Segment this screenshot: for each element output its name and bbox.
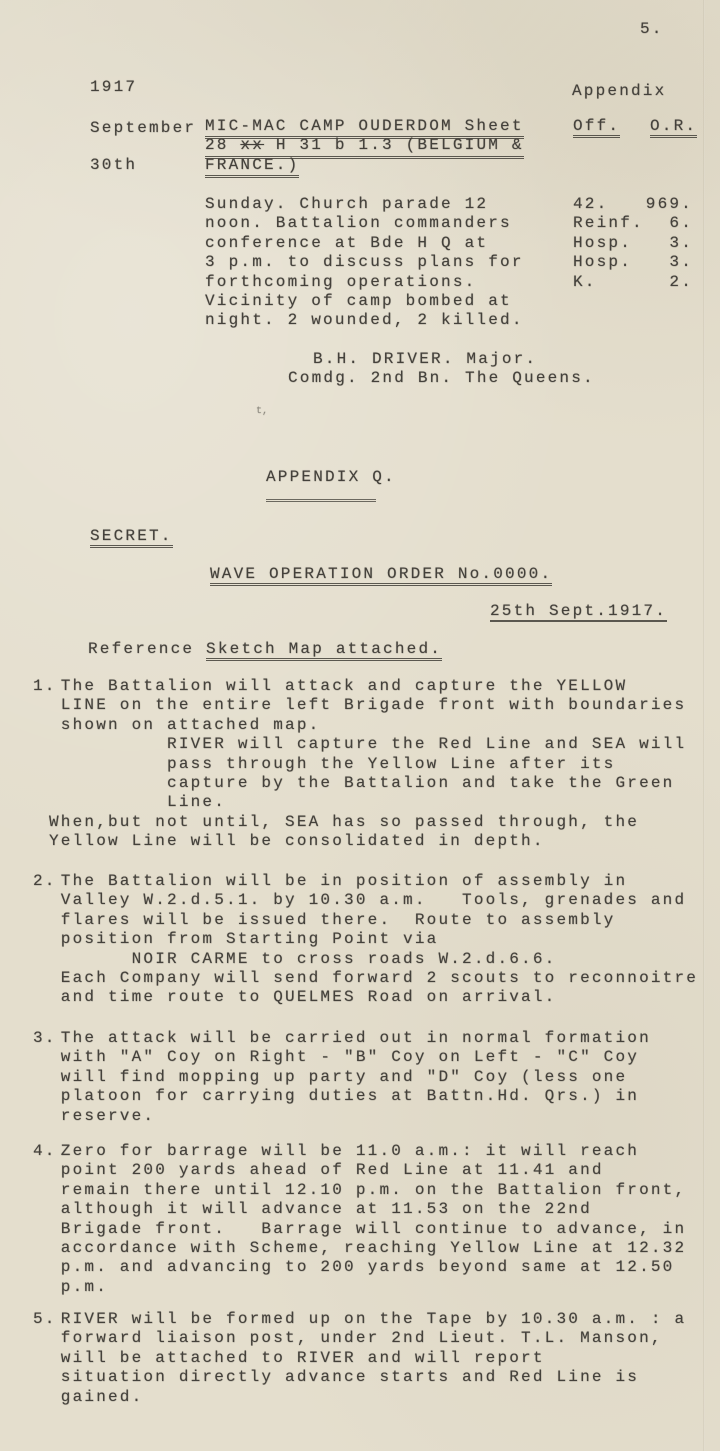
stat-label: Hosp.: [573, 234, 632, 253]
location-heading-line1: MIC-MAC CAMP OUDERDOM Sheet: [205, 117, 524, 136]
paragraph-text: RIVER will be formed up on the Tape by 1…: [49, 1310, 686, 1407]
signature-title: Comdg. 2nd Bn. The Queens.: [288, 369, 595, 388]
casualty-strength-table: 42.969. Reinf.6. Hosp.3. Hosp.3. K.2.: [573, 195, 693, 292]
stat-value: 969.: [646, 195, 693, 214]
stat-label: 42.: [573, 195, 608, 214]
paragraph-text: The Battalion will attack and capture th…: [49, 677, 686, 852]
paragraph-number: 4.: [33, 1142, 57, 1161]
sketch-map-reference: Sketch Map attached.: [206, 640, 442, 661]
appendix-label: Appendix: [572, 82, 666, 101]
order-paragraph-2: 2. The Battalion will be in position of …: [33, 872, 698, 1008]
stray-mark: t,: [256, 402, 268, 421]
order-paragraph-1: 1. The Battalion will attack and capture…: [33, 677, 686, 852]
order-paragraph-3: 3. The attack will be carried out in nor…: [33, 1029, 651, 1126]
page-number: 5.: [640, 20, 664, 39]
stat-value: 2.: [669, 273, 693, 292]
paragraph-text: Zero for barrage will be 11.0 a.m.: it w…: [49, 1142, 686, 1297]
paragraph-number: 2.: [33, 872, 57, 891]
column-header-other-ranks: O.R.: [650, 117, 697, 136]
operation-order-title: WAVE OPERATION ORDER No.0000.: [210, 565, 552, 584]
paragraph-number: 3.: [33, 1029, 57, 1048]
diary-day: 30th: [90, 156, 137, 175]
diary-month: September: [90, 119, 196, 138]
stat-label: Reinf.: [573, 214, 644, 233]
location-heading-line2: 28 xx H 31 b 1.3 (BELGIUM &: [205, 136, 524, 155]
table-row: Reinf.6.: [573, 214, 693, 233]
paragraph-text: The Battalion will be in position of ass…: [49, 872, 698, 1008]
stat-value: 3.: [669, 253, 693, 272]
paragraph-number: 5.: [33, 1310, 57, 1329]
table-row: Hosp.3.: [573, 253, 693, 272]
column-header-officers: Off.: [573, 117, 620, 136]
table-row: K.2.: [573, 273, 693, 292]
table-row: Hosp.3.: [573, 234, 693, 253]
location-heading: MIC-MAC CAMP OUDERDOM Sheet 28 xx H 31 b…: [205, 117, 524, 175]
struck-text: xx: [240, 136, 264, 154]
reference-line: Reference Sketch Map attached.: [88, 640, 442, 659]
stat-value: 6.: [669, 214, 693, 233]
table-row: 42.969.: [573, 195, 693, 214]
diary-entry-text: Sunday. Church parade 12 noon. Battalion…: [205, 195, 524, 331]
paragraph-number: 1.: [33, 677, 57, 696]
order-paragraph-4: 4. Zero for barrage will be 11.0 a.m.: i…: [33, 1142, 686, 1297]
order-paragraph-5: 5. RIVER will be formed up on the Tape b…: [33, 1310, 686, 1407]
document-page: 5. 1917 Appendix September 30th MIC-MAC …: [0, 0, 720, 1451]
order-date: 25th Sept.1917.: [490, 602, 667, 621]
stat-value: 3.: [669, 234, 693, 253]
secret-classification: SECRET.: [90, 527, 173, 546]
stat-label: Hosp.: [573, 253, 632, 272]
signature-name: B.H. DRIVER. Major.: [313, 350, 537, 369]
appendix-q-title: APPENDIX Q.: [266, 468, 396, 487]
diary-year: 1917: [90, 78, 137, 97]
stat-label: K.: [573, 273, 597, 292]
paragraph-text: The attack will be carried out in normal…: [49, 1029, 651, 1126]
title-underline-rule: [266, 499, 376, 502]
